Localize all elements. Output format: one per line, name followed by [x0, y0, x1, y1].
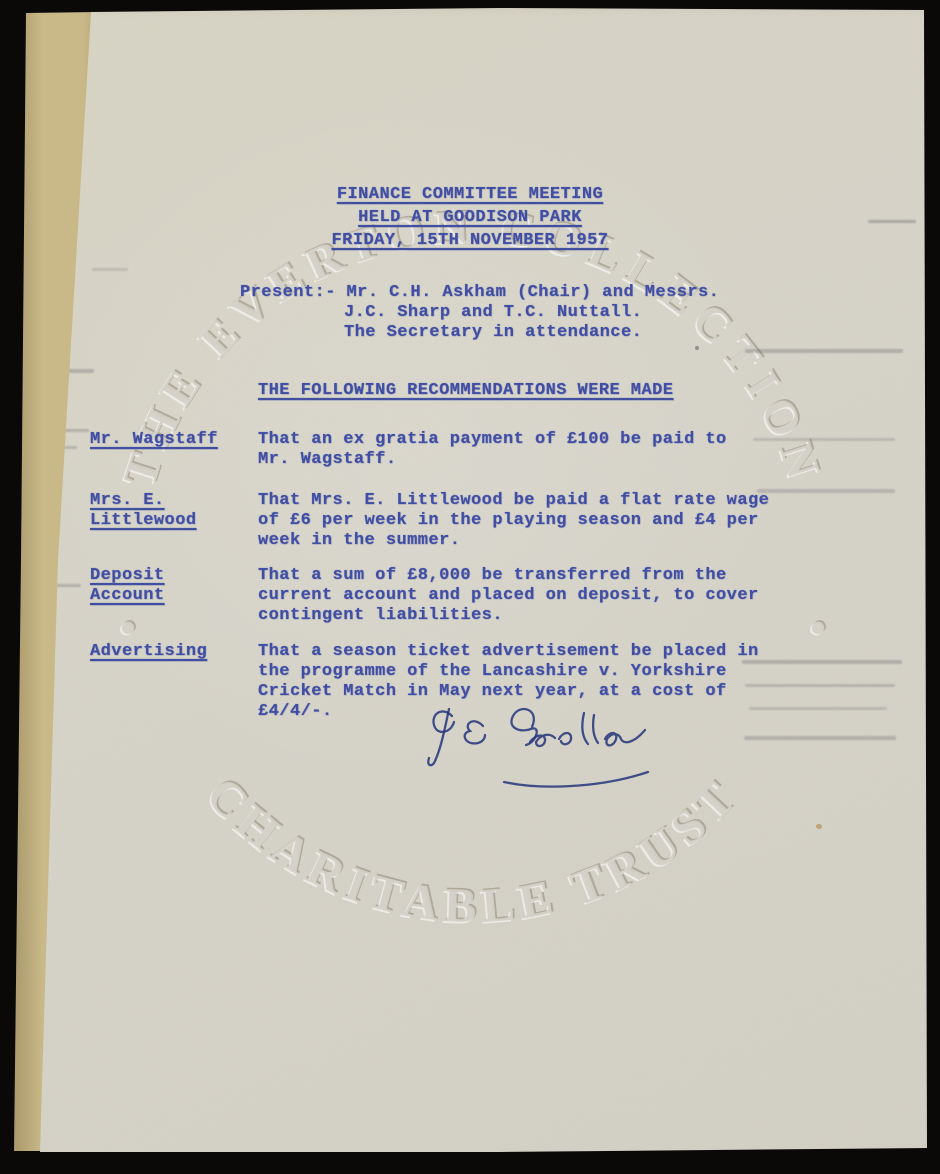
item-body: That a sum of £8,000 be transferred from… — [258, 566, 798, 626]
bleedthrough-mark — [92, 268, 128, 271]
item-label: Mrs. E. Littlewood — [90, 491, 197, 531]
item-body: That an ex gratia payment of £100 be pai… — [258, 430, 798, 470]
secretary-signature — [408, 702, 678, 802]
item-label: Mr. Wagstaff — [90, 430, 218, 450]
item-label: Deposit Account — [90, 566, 165, 606]
item-body: That Mrs. E. Littlewood be paid a flat r… — [258, 491, 798, 551]
meeting-title: FINANCE COMMITTEE MEETING HELD AT GOODIS… — [0, 183, 940, 252]
present-line: The Secretary in attendance. — [344, 323, 642, 343]
item-label: Advertising — [90, 642, 207, 662]
paper-speck — [695, 346, 699, 350]
watermark-separator-dot: • — [810, 602, 826, 653]
scanned-minutes-page: THE EVERTON COLLECTION CHARITABLE TRUST … — [0, 0, 940, 1174]
watermark-separator-dot: • — [808, 604, 824, 655]
bleedthrough-mark — [744, 736, 896, 740]
bleedthrough-mark — [745, 349, 903, 353]
paper-speck — [816, 824, 822, 829]
document-page: THE EVERTON COLLECTION CHARITABLE TRUST … — [0, 0, 940, 1174]
recommendations-heading: THE FOLLOWING RECOMMENDATIONS WERE MADE — [258, 381, 673, 401]
present-line: J.C. Sharp and T.C. Nuttall. — [344, 303, 642, 323]
present-line: Present:- Mr. C.H. Askham (Chair) and Me… — [240, 283, 719, 303]
watermark-separator-dot: • — [812, 601, 828, 652]
